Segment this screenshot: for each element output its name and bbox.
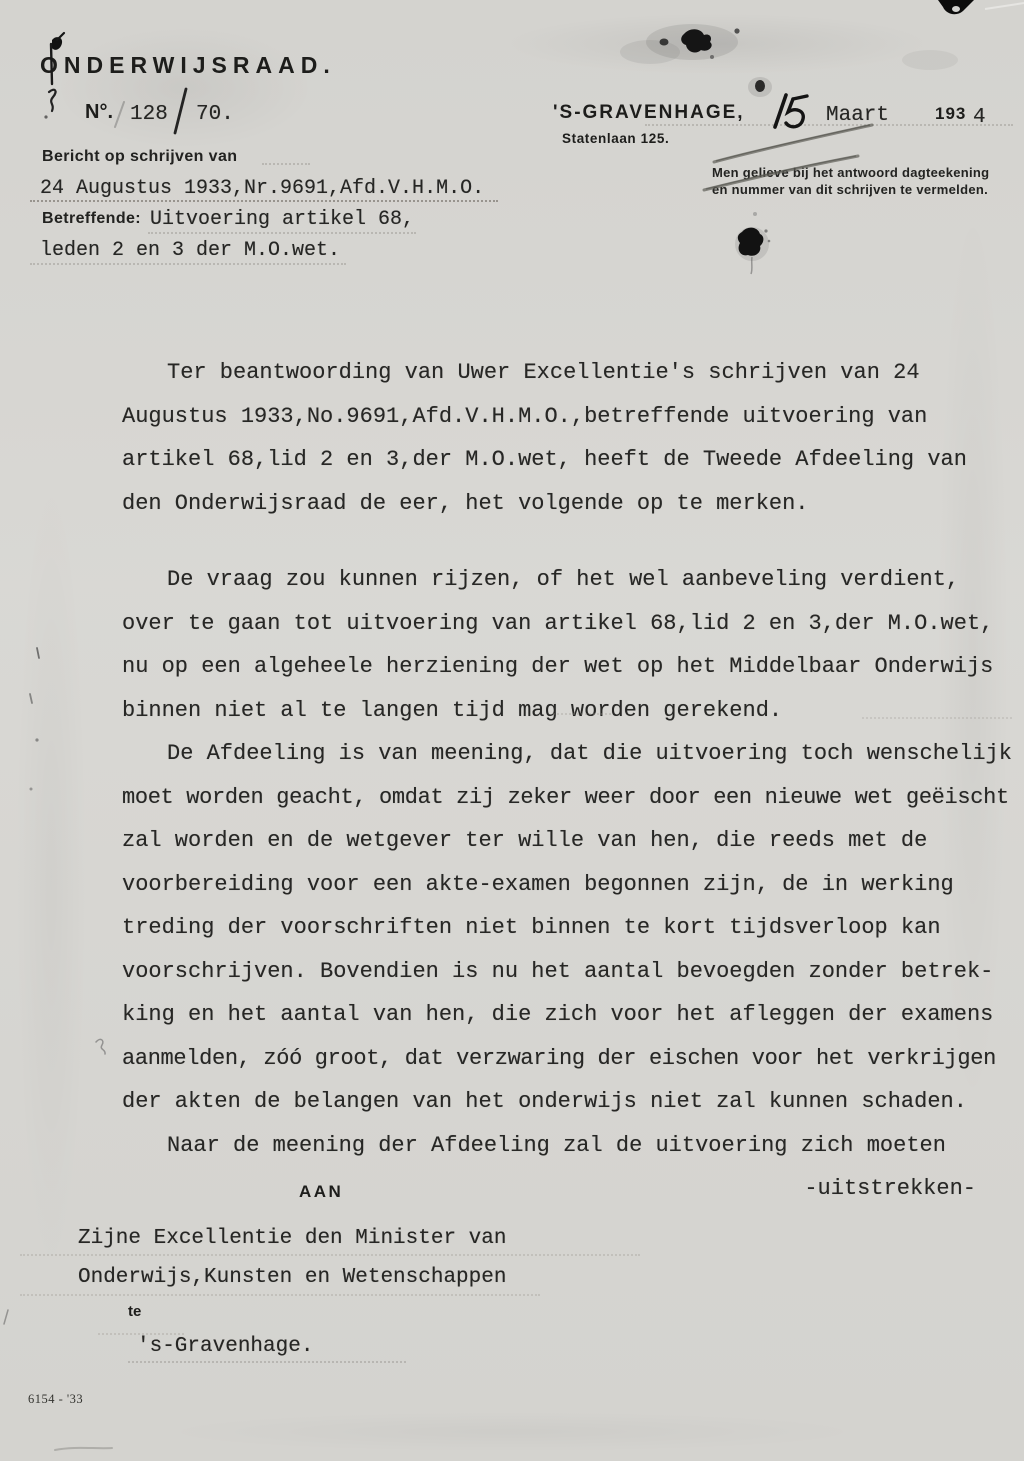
dotted-rule bbox=[128, 1361, 406, 1363]
body-line: den Onderwijsraad de eer, het volgende o… bbox=[122, 482, 1024, 526]
body-line: De vraag zou kunnen rijzen, of het wel a… bbox=[122, 558, 1024, 602]
form-number: 6154 - '33 bbox=[28, 1392, 83, 1407]
body-line: king en het aantal van hen, die zich voo… bbox=[122, 993, 1024, 1037]
body-line: over te gaan tot uitvoering van artikel … bbox=[122, 602, 1024, 646]
reply-to-value: 24 Augustus 1933,Nr.9691,Afd.V.H.M.O. bbox=[40, 177, 484, 200]
body-line: artikel 68,lid 2 en 3,der M.O.wet, heeft… bbox=[122, 438, 1024, 482]
reply-note-line2: en nummer van dit schrijven te vermelden… bbox=[712, 182, 988, 197]
dotted-rule bbox=[148, 232, 416, 234]
dotted-rule bbox=[262, 163, 310, 165]
date-year-preprinted: 193 bbox=[935, 104, 966, 124]
dotted-rule bbox=[553, 713, 611, 715]
handwritten-date-day bbox=[775, 95, 807, 127]
number-value: 128 bbox=[130, 103, 168, 126]
body-line: De Afdeeling is van meening, dat die uit… bbox=[122, 732, 1024, 776]
date-month: Maart bbox=[826, 104, 889, 127]
subject-value-line1: Uitvoering artikel 68, bbox=[150, 208, 414, 231]
dotted-rule bbox=[30, 263, 346, 265]
pencil-strokes bbox=[704, 125, 872, 190]
organization-name: ONDERWIJSRAAD. bbox=[40, 52, 336, 79]
body-line: binnen niet al te langen tijd mag worden… bbox=[122, 689, 1024, 733]
subject-label: Betreffende: bbox=[42, 210, 141, 228]
te-label: te bbox=[128, 1303, 141, 1320]
body-line: nu op een algeheele herziening der wet o… bbox=[122, 645, 1024, 689]
catchword: -uitstrekken- bbox=[122, 1167, 1024, 1211]
body-line: zal worden en de wetgever ter wille van … bbox=[122, 819, 1024, 863]
body-line: Ter beantwoording van Uwer Excellentie's… bbox=[122, 351, 1024, 395]
aan-label: AAN bbox=[299, 1182, 343, 1202]
body-line: moet worden geacht, omdat zij zeker weer… bbox=[122, 776, 1024, 820]
body-line: der akten de belangen van het onderwijs … bbox=[122, 1080, 1024, 1124]
body-line: treding der voorschriften niet binnen te… bbox=[122, 906, 1024, 950]
reply-to-label: Bericht op schrijven van bbox=[42, 148, 237, 166]
reply-note-line1: Men gelieve bij het antwoord dagteekenin… bbox=[712, 165, 989, 180]
dotted-rule bbox=[862, 717, 1012, 719]
addressee-line1: Zijne Excellentie den Minister van bbox=[78, 1227, 506, 1250]
ink-dot bbox=[748, 77, 772, 97]
dotted-rule bbox=[20, 1294, 540, 1296]
body-line: Augustus 1933,No.9691,Afd.V.H.M.O.,betre… bbox=[122, 395, 1024, 439]
subject-value-line2: leden 2 en 3 der M.O.wet. bbox=[40, 239, 340, 262]
number-label: N°. bbox=[85, 101, 113, 124]
city-dateline-label: 'S-GRAVENHAGE, bbox=[553, 102, 745, 124]
dotted-rule bbox=[30, 200, 498, 202]
body-line: voorschrijven. Bovendien is nu het aanta… bbox=[122, 950, 1024, 994]
scanned-letter-page: ONDERWIJSRAAD. N°. 128 70. Bericht op sc… bbox=[0, 0, 1024, 1461]
margin-specks bbox=[4, 648, 112, 1450]
street-address: Statenlaan 125. bbox=[562, 131, 669, 146]
body-line: voorbereiding voor een akte-examen begon… bbox=[122, 863, 1024, 907]
ink-stain-cluster bbox=[620, 24, 958, 70]
date-year-final-digit: 4 bbox=[973, 106, 986, 129]
letter-body: Ter beantwoording van Uwer Excellentie's… bbox=[122, 351, 1024, 1211]
body-line: Naar de meening der Afdeeling zal de uit… bbox=[122, 1124, 1024, 1168]
number-suffix: 70. bbox=[196, 103, 234, 126]
ink-blot bbox=[735, 212, 770, 274]
addressee-line2: Onderwijs,Kunsten en Wetenschappen bbox=[78, 1266, 506, 1289]
dotted-rule bbox=[20, 1254, 640, 1256]
body-line: aanmelden, zóó groot, dat verzwaring der… bbox=[122, 1037, 1024, 1081]
addressee-city: 's-Gravenhage. bbox=[137, 1335, 313, 1358]
corner-mark bbox=[938, 0, 1024, 14]
paragraph-gap bbox=[122, 525, 1024, 558]
